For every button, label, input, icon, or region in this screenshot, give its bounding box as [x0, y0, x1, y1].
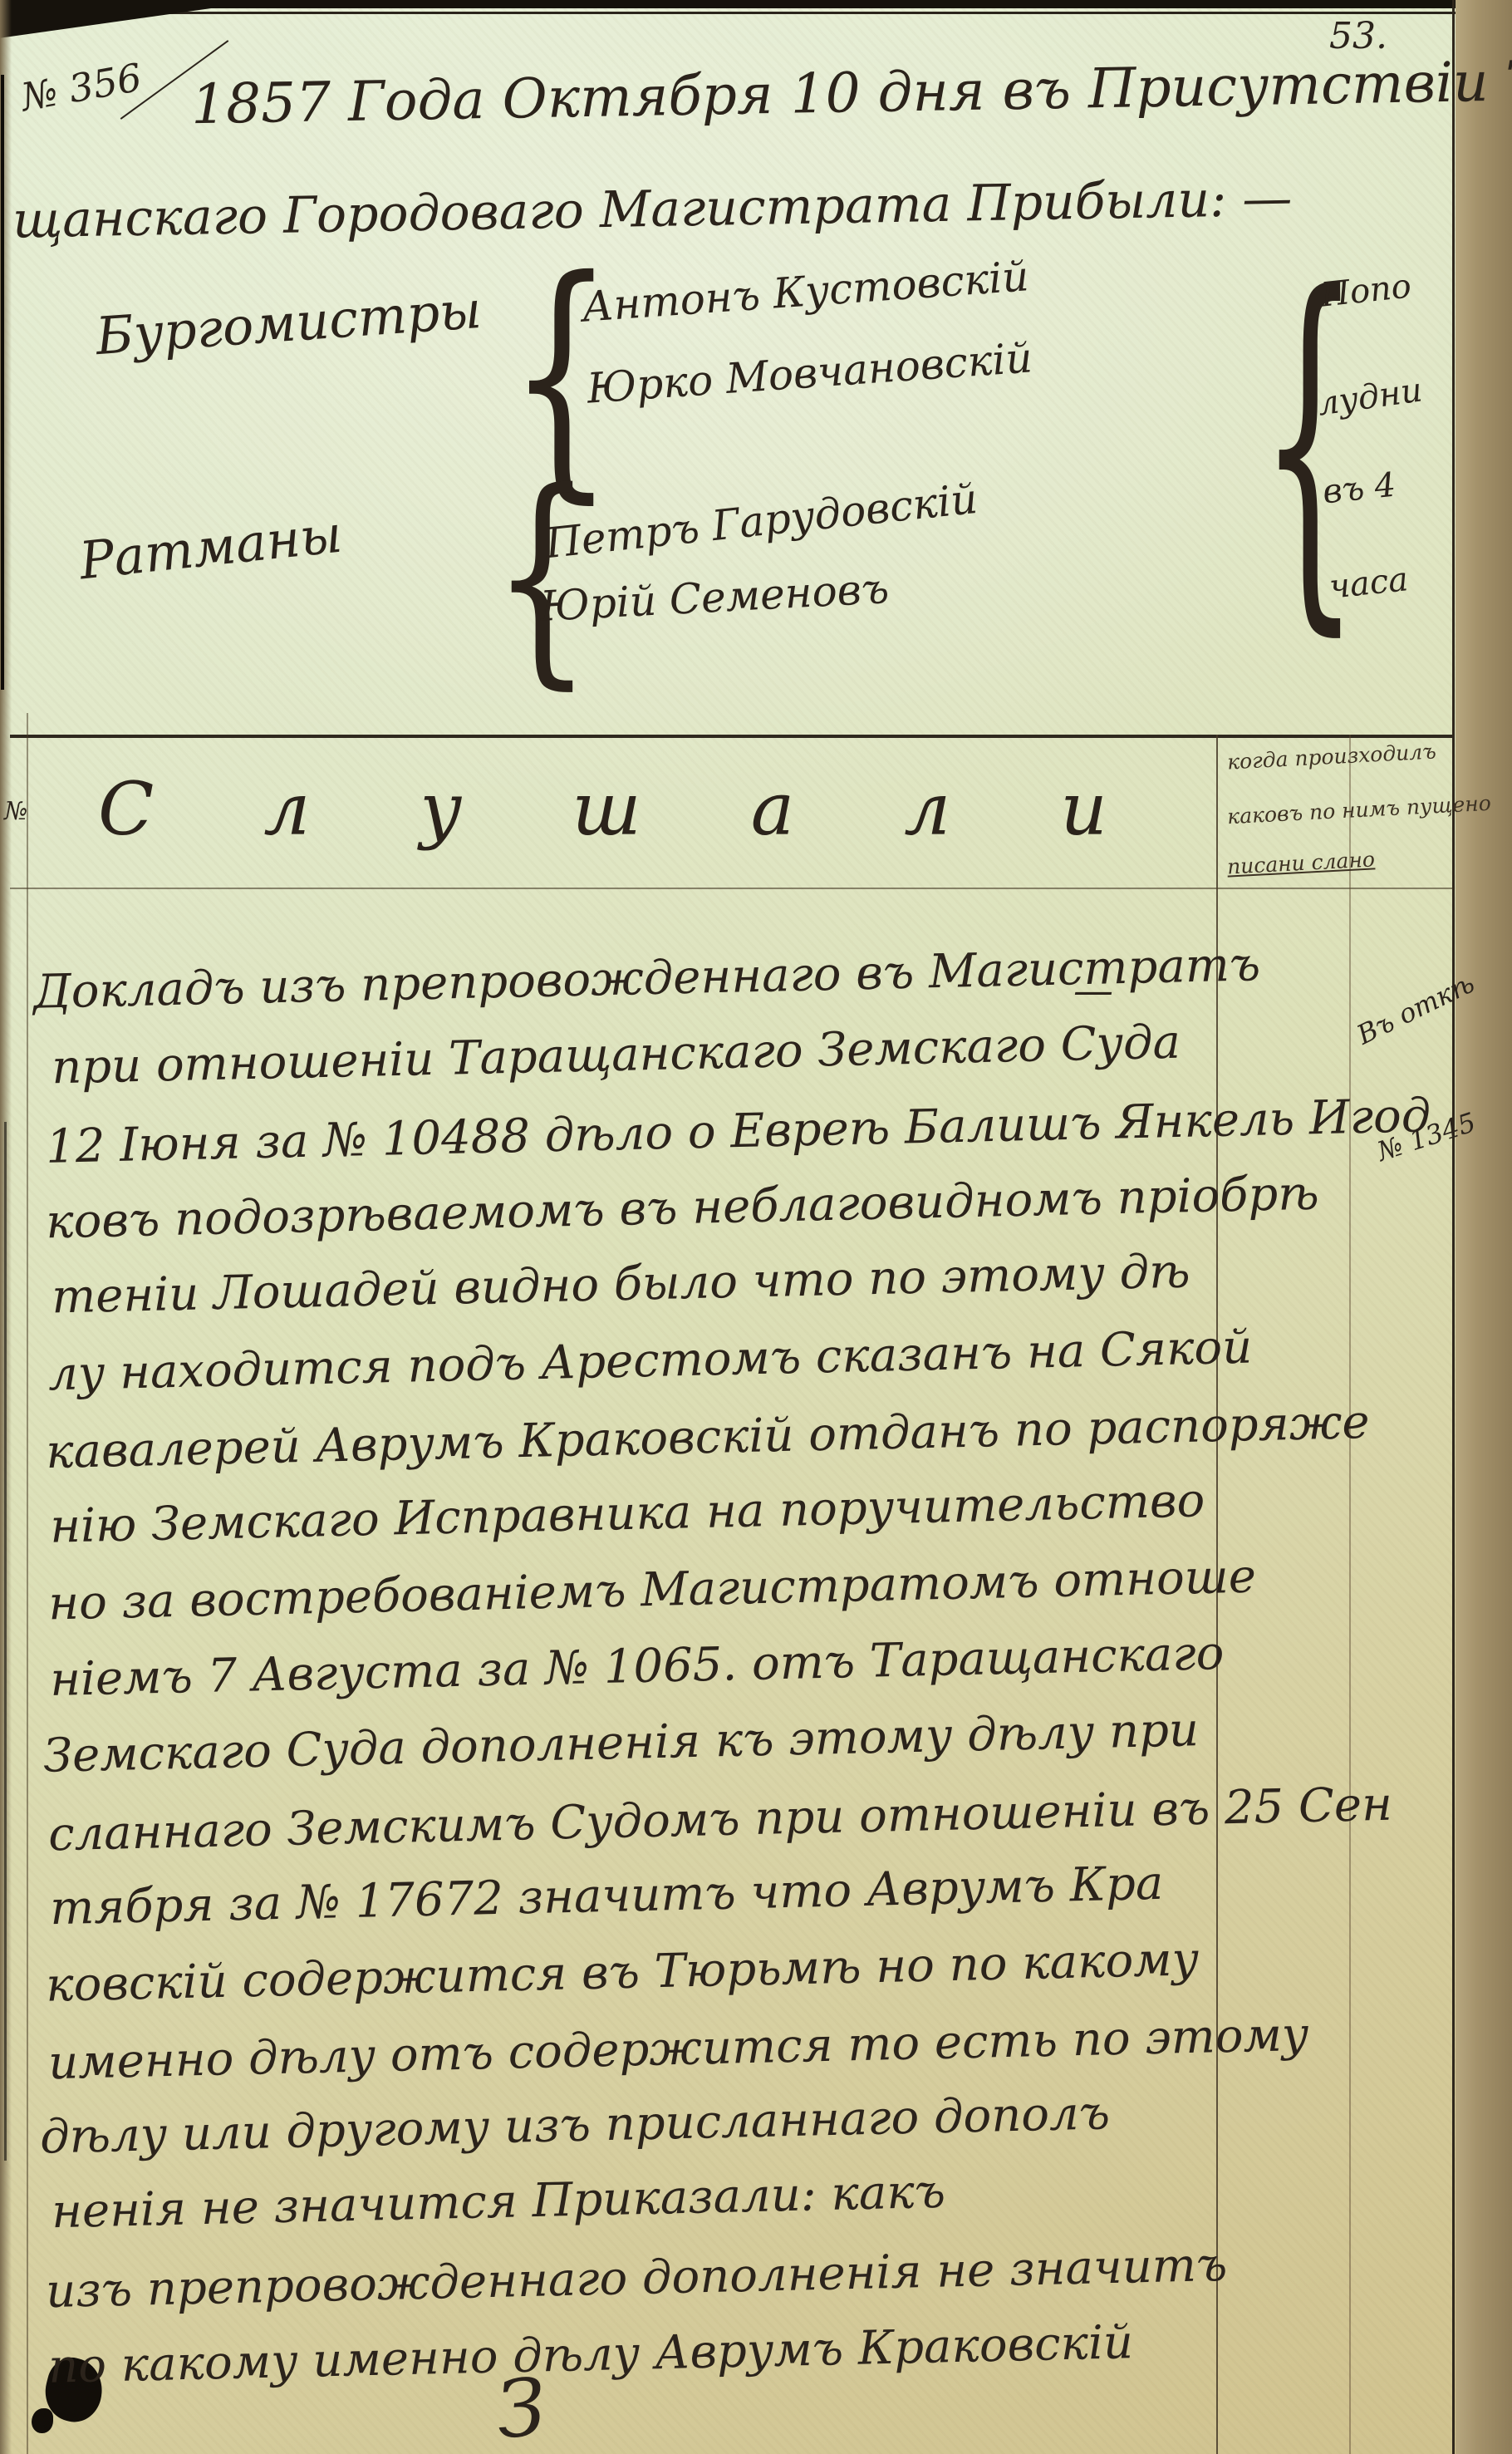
resolution-header-line-1: когда произходилъ: [1227, 740, 1437, 772]
time-note-line-1: Попо: [1319, 269, 1412, 312]
number-column-header: №: [4, 799, 27, 824]
binding-streak: [4, 1122, 7, 2161]
number-column-line: [27, 713, 28, 2454]
body-line: нію Земскаго Исправника на поручительств…: [50, 1478, 1205, 1551]
page-right-edge-line: [1452, 0, 1455, 2454]
header-line-2: щанскаго Городоваго Магистрата Прибыли: …: [12, 174, 1293, 246]
burgomaster-name-1: Антонъ Кустовскій: [581, 255, 1030, 327]
page-top-edge-line: [0, 12, 1512, 14]
time-note-line-3: въ 4: [1321, 469, 1397, 509]
section-divider-line: [10, 735, 1454, 738]
body-line: дѣлу или другому изъ присланнаго дополъ: [40, 2090, 1111, 2161]
role-ratmans: Ратманы: [77, 509, 345, 588]
burgomaster-name-2: Юрко Мовчановскій: [586, 337, 1033, 409]
body-line: ковскій содержится въ Тюрьмѣ но по каком…: [46, 1936, 1200, 2009]
body-line: тября за № 17672 значитъ что Аврумъ Кра: [50, 1861, 1164, 1932]
body-line: лу находится подъ Арестомъ сказанъ на Ся…: [48, 1325, 1253, 1399]
page-number: 53.: [1329, 18, 1387, 55]
header-line-1: 1857 Года Октября 10 дня въ Присутствіи …: [191, 52, 1512, 132]
body-line: при отношеніи Таращанскаго Земскаго Суда: [52, 1020, 1181, 1092]
resolution-header-line-3: писани слано: [1226, 848, 1375, 877]
body-line: именно дѣлу отъ содержится то есть по эт…: [48, 2012, 1309, 2087]
time-note-line-4: часа: [1328, 563, 1410, 604]
page-corner-shadow: [0, 0, 218, 42]
catchword: З: [493, 2368, 549, 2452]
body-line: ненія не значится Приказали: какъ: [52, 2169, 946, 2235]
body-line: изъ препровожденнаго дополненія не значи…: [46, 2242, 1228, 2315]
body-line: кавалерей Аврумъ Краковскій отданъ по ра…: [46, 1399, 1371, 1476]
body-line: 12 Іюня за № 10488 дѣло о Евреѣ Балишъ Я…: [46, 1093, 1431, 1171]
page-top-edge: [0, 0, 1512, 8]
binding-streak: [1, 75, 4, 690]
scanned-document-page: 53. № 356 1857 Года Октября 10 дня въ Пр…: [0, 0, 1512, 2454]
body-line: по какому именно дѣлу Аврумъ Краковскій: [48, 2319, 1134, 2391]
page-right-edge: [1456, 0, 1512, 2454]
heard-section-title: Слушали: [98, 773, 1217, 846]
body-line: теніи Лошадей видно было что по этому дѣ: [52, 1248, 1191, 1320]
body-line: ковъ подозрѣваемомъ въ неблаговидномъ пр…: [46, 1171, 1320, 1247]
body-line: сланнаго Земскимъ Судомъ при отношеніи в…: [48, 1782, 1393, 1859]
ink-blot: [32, 2408, 53, 2433]
faint-column-line: [1349, 735, 1351, 2454]
header-underline: [10, 888, 1454, 889]
body-line: ніемъ 7 Августа за № 1065. отъ Таращанск…: [50, 1630, 1225, 1704]
entry-number: № 356: [18, 58, 145, 117]
body-line: но за востребованіемъ Магистратомъ отнош…: [48, 1554, 1257, 1628]
role-burgomasters: Бургомистры: [94, 284, 483, 362]
body-line: Земскаго Суда дополненія къ этому дѣлу п…: [43, 1707, 1200, 1780]
brace-ratmans: {: [492, 462, 592, 691]
